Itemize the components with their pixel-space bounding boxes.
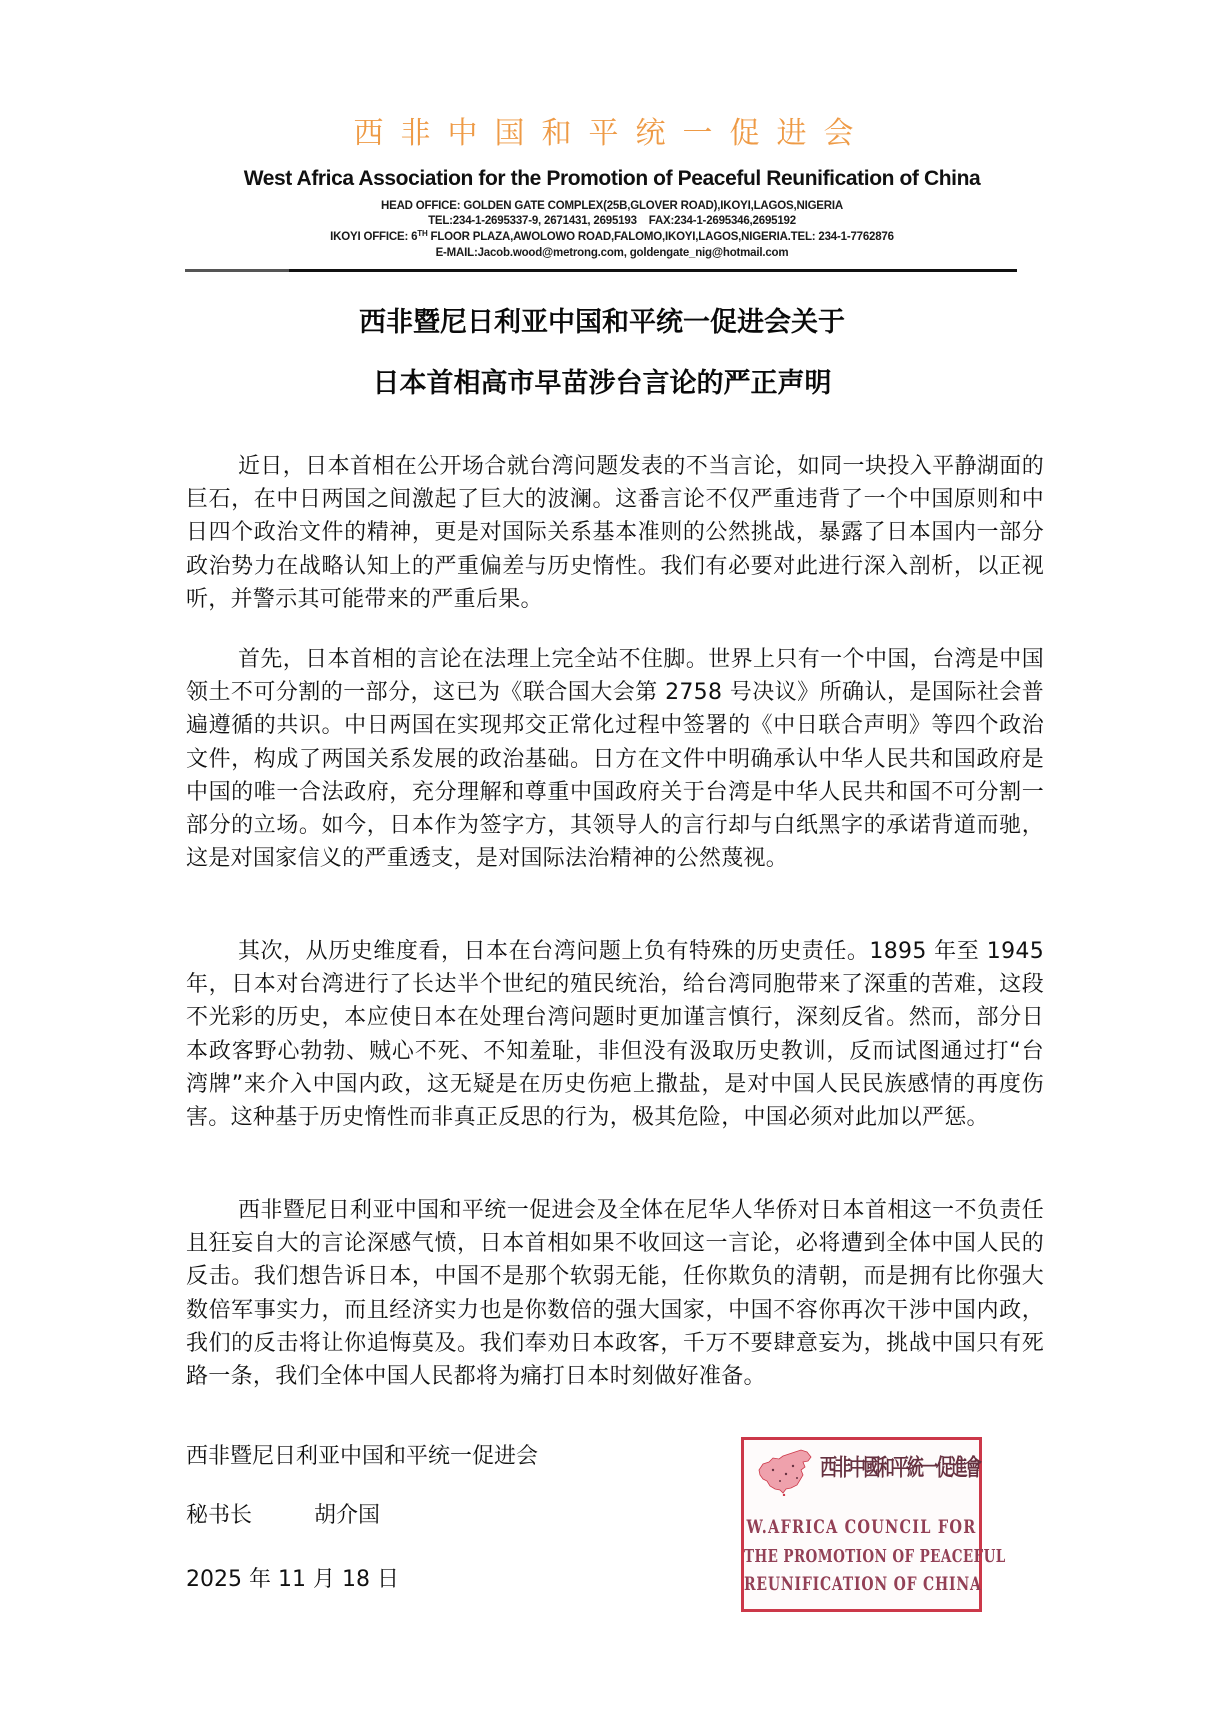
signature-role-line: 秘书长胡介国 [186, 1502, 380, 1530]
stamp-text-line-3: REUNIFICATION OF CHINA [744, 1572, 979, 1598]
document-title-line-1: 西非暨尼日利亚中国和平统一促进会关于 [0, 306, 1224, 340]
signature-organization: 西非暨尼日利亚中国和平统一促进会 [186, 1443, 538, 1471]
stamp-text-line-2: THE PROMOTION OF PEACEFUL [744, 1544, 979, 1570]
paragraph-4: 西非暨尼日利亚中国和平统一促进会及全体在尼华人华侨对日本首相这一不负责任且狂妄自… [186, 1194, 1044, 1393]
ikoyi-office-rest: FLOOR PLAZA,AWOLOWO ROAD,FALOMO,IKOYI,LA… [428, 231, 894, 243]
ikoyi-office-prefix: IKOYI OFFICE: 6 [330, 231, 417, 243]
stamp-text-cn: 西非中國和平統一促進會 [820, 1452, 980, 1484]
letterhead-divider [185, 269, 1017, 272]
document-title-line-2: 日本首相高市早苗涉台言论的严正声明 [0, 367, 1224, 401]
letterhead-divider-segment [185, 269, 289, 272]
china-map-icon [753, 1448, 815, 1496]
letterhead-head-office: HEAD OFFICE: GOLDEN GATE COMPLEX(25B,GLO… [0, 199, 1224, 214]
ikoyi-office-sup: TH [417, 229, 427, 238]
official-stamp: 西非中國和平統一促進會 W.AFRICA COUNCIL FOR THE PRO… [741, 1437, 982, 1612]
signature-role: 秘书长 [186, 1503, 252, 1528]
stamp-text-line-1: W.AFRICA COUNCIL FOR [744, 1515, 979, 1541]
letterhead-org-name-cn: 西非中国和平统一促进会 [0, 116, 1224, 152]
paragraph-3: 其次，从历史维度看，日本在台湾问题上负有特殊的历史责任。1895 年至 1945… [186, 935, 1044, 1134]
paragraph-1: 近日，日本首相在公开场合就台湾问题发表的不当言论，如同一块投入平静湖面的巨石，在… [186, 450, 1044, 616]
letterhead-tel-fax: TEL:234-1-2695337-9, 2671431, 2695193 FA… [0, 214, 1224, 229]
document-page: 西非中国和平统一促进会 West Africa Association for … [0, 0, 1224, 1719]
signature-name: 胡介国 [314, 1503, 380, 1528]
letterhead-ikoyi-office: IKOYI OFFICE: 6TH FLOOR PLAZA,AWOLOWO RO… [0, 230, 1224, 245]
letterhead-org-name-en: West Africa Association for the Promotio… [0, 167, 1224, 191]
letterhead-email: E-MAIL:Jacob.wood@metrong.com, goldengat… [0, 246, 1224, 261]
paragraph-2: 首先，日本首相的言论在法理上完全站不住脚。世界上只有一个中国，台湾是中国领土不可… [186, 643, 1044, 875]
signature-date: 2025 年 11 月 18 日 [186, 1566, 399, 1594]
